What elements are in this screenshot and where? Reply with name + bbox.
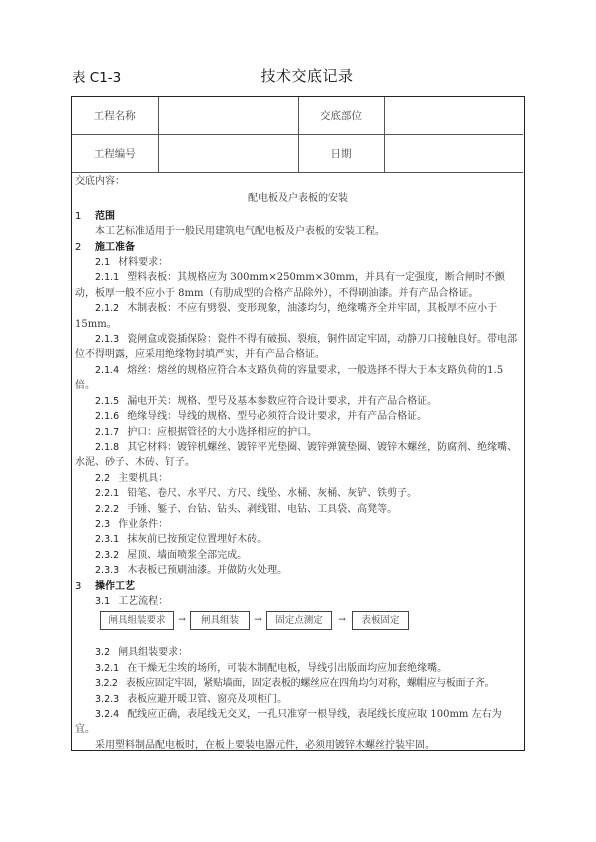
section-heading: 3操作工艺 <box>75 579 521 594</box>
list-item: 2.1.6绝缘导线：导线的规格、型号必须符合设计要求，并有产品合格证。 <box>75 409 521 424</box>
list-item: 2.3.3木表板已预刷油漆。并做防火处理。 <box>75 563 521 578</box>
page-title: 技术交底记录 <box>0 65 596 86</box>
handover-part-label: 交底部位 <box>298 97 384 135</box>
date-label: 日期 <box>298 135 384 173</box>
subsection-heading: 2.3作业条件： <box>75 517 521 532</box>
list-item: 2.1.2木制表板：不应有劈裂、变形现象，油漆均匀，绝缘嘴齐全并牢固，其板厚不应… <box>75 301 521 332</box>
table-row: 工程编号 日期 <box>72 135 523 173</box>
list-item: 3.2.4配线应正确，表尾线无交叉，一孔只准穿一根导线，表尾线长度应取 100m… <box>75 707 521 738</box>
list-item: 2.1.1塑料表板：其规格应为 300mm×250mm×30mm，并具有一定强度… <box>75 270 521 301</box>
list-item: 2.1.8其它材料：镀锌机螺丝、镀锌平光垫圈、镀锌弹簧垫圈、镀锌木螺丝，防腐剂、… <box>75 440 521 471</box>
list-item: 3.2.1在干燥无尘埃的场所，可装木制配电板，导线引出版面均应加套绝缘嘴。 <box>75 661 521 676</box>
document-heading: 配电板及户表板的安装 <box>75 191 521 206</box>
project-name-field[interactable] <box>158 97 298 135</box>
table-row: 工程名称 交底部位 <box>72 97 523 135</box>
subsection-heading: 2.1材料要求： <box>75 255 521 270</box>
list-item: 3.2.3表板应避开暖卫管、窗亮及项柜门。 <box>75 692 521 707</box>
scope-text: 本工艺标准适用于一般民用建筑电气配电板及户表板的安装工程。 <box>75 224 521 239</box>
project-number-field[interactable] <box>158 135 298 173</box>
arrow-right-icon: → <box>174 613 190 628</box>
list-item: 2.1.5漏电开关：规格、型号及基本参数应符合设计要求，并有产品合格证。 <box>75 394 521 409</box>
info-table: 工程名称 交底部位 工程编号 日期 <box>72 97 523 173</box>
list-item: 2.2.2手锤、錾子、台钻、钻头、剥线钳、电钻、工具袋、高凳等。 <box>75 502 521 517</box>
subsection-heading: 2.2主要机具： <box>75 471 521 486</box>
project-number-label: 工程编号 <box>72 135 158 173</box>
subsection-heading: 3.1工艺流程： <box>75 594 521 609</box>
list-item: 2.1.3瓷闸盒或瓷插保险：瓷件不得有破损、裂痕，铜件固定牢固，动静刀口接触良好… <box>75 332 521 363</box>
project-name-label: 工程名称 <box>72 97 158 135</box>
list-item: 2.1.7护口：应根据管径的大小选择相应的护口。 <box>75 425 521 440</box>
section-heading: 2施工准备 <box>75 240 521 255</box>
subsection-heading: 3.2闸具组装要求： <box>75 645 521 660</box>
list-item: 2.2.1铅笔、卷尺、水平尺、方尺、线坠、水桶、灰桶、灰铲、铁剪子。 <box>75 486 521 501</box>
date-field[interactable] <box>384 135 523 173</box>
flow-step-assembly-requirements: 闸具组装要求 <box>100 611 174 630</box>
handover-content: 交底内容： 配电板及户表板的安装 1范围 本工艺标准适用于一般民用建筑电气配电板… <box>75 174 521 753</box>
flow-step-board-fixing: 表板固定 <box>352 611 409 630</box>
process-flow-diagram: 闸具组装要求 → 闸具组装 → 固定点测定 → 表板固定 <box>75 610 521 630</box>
flow-step-assembly: 闸具组装 <box>190 611 250 630</box>
handover-part-field[interactable] <box>384 97 523 135</box>
arrow-right-icon: → <box>250 613 266 628</box>
arrow-right-icon: → <box>332 613 352 628</box>
section-heading: 1范围 <box>75 209 521 224</box>
list-item: 2.3.1抹灰前已按预定位置埋好木砖。 <box>75 532 521 547</box>
record-form: 工程名称 交底部位 工程编号 日期 交底内容： 配电板及户表板的安装 1范围 本… <box>71 96 525 751</box>
content-label: 交底内容： <box>75 174 521 189</box>
list-item: 2.1.4熔丝：熔丝的规格应符合本支路负荷的容量要求，一般选择不得大于本支路负荷… <box>75 363 521 394</box>
closing-text: 采用塑料制品配电板时，在板上要装电器元件，必须用镀锌木螺丝拧装牢固。 <box>75 738 521 753</box>
flow-step-fixing-point: 固定点测定 <box>266 611 332 630</box>
list-item: 2.3.2屋顶、墙面喷浆全部完成。 <box>75 548 521 563</box>
list-item: 3.2.2表板应固定牢固，紧贴墙面，固定表板的螺丝应在四角均匀对称，螺帽应与板面… <box>75 676 521 691</box>
